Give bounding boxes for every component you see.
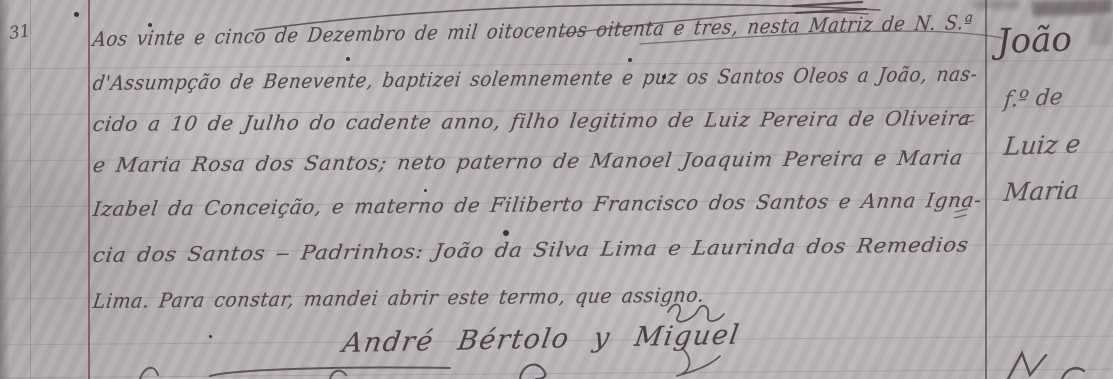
body-line-3: cido a 10 de Julho do cadente anno, filh… xyxy=(91,106,972,136)
margin-note-line-3: Maria xyxy=(1002,175,1080,207)
ruled-line xyxy=(0,369,1113,379)
body-line-7: Lima. Para constar, mandei abrir este te… xyxy=(91,283,706,313)
page-left-edge xyxy=(0,0,10,379)
ink-bleed-through xyxy=(1032,0,1113,16)
ink-speck xyxy=(346,57,350,61)
paper-crease xyxy=(30,0,31,379)
record-number: 31 xyxy=(8,21,32,44)
previous-entry-flourish xyxy=(792,2,866,13)
ink-speck xyxy=(148,23,152,27)
right-margin-rule xyxy=(985,0,987,379)
ink-speck xyxy=(662,75,666,79)
rubric-flourish xyxy=(668,304,724,321)
baptism-register-page: 31 Aos vinte e cinco de Dezembro de mil … xyxy=(0,0,1113,379)
ink-speck xyxy=(424,189,427,192)
left-margin-rule xyxy=(88,0,90,379)
margin-note-name: João xyxy=(996,19,1072,62)
ink-bleed-through xyxy=(1090,16,1113,46)
ink-speck xyxy=(628,58,632,62)
body-line-1: Aos vinte e cinco de Dezembro de mil oit… xyxy=(92,10,975,51)
priest-signature: André Bértolo y Miguel xyxy=(341,320,743,359)
cutoff-next-margin-strokes xyxy=(1008,353,1084,379)
ink-bleed-through xyxy=(972,0,1020,9)
ink-speck xyxy=(209,335,212,338)
body-line-6: cia dos Santos ‒ Padrinhos: João da Silv… xyxy=(91,232,970,267)
ink-speck xyxy=(503,230,509,236)
cutoff-next-entry-strokes xyxy=(520,365,545,379)
ink-speck xyxy=(74,12,79,17)
margin-note-line-1: f.º de xyxy=(1003,85,1064,113)
body-line-5: Izabel da Conceição, e materno de Filibe… xyxy=(91,188,983,221)
margin-note-line-2: Luiz e xyxy=(1002,129,1082,161)
body-line-4: e Maria Rosa dos Santos; neto paterno de… xyxy=(91,145,964,177)
